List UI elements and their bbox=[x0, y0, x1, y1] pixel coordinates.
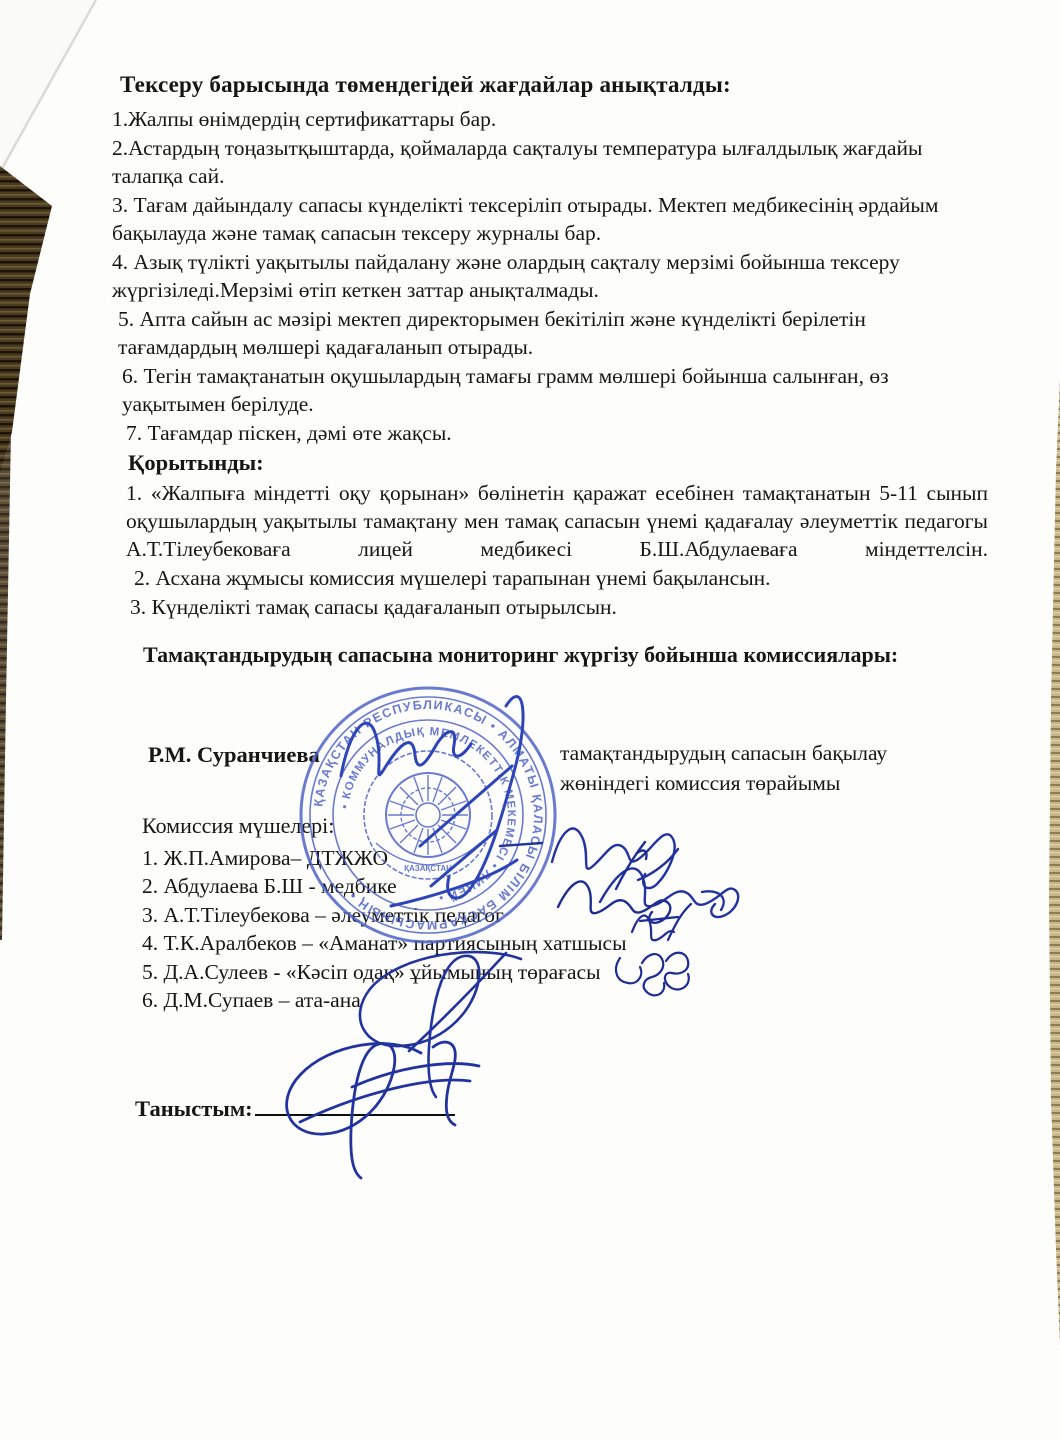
conclusion-item: 2. Асхана жұмысы комиссия мүшелері тарап… bbox=[126, 564, 988, 592]
chair-role-line: жөніндегі комиссия төрайымы bbox=[560, 768, 900, 798]
page-corner-fold bbox=[0, 0, 96, 172]
signature-member-4 bbox=[632, 904, 691, 940]
conclusion-section: Қорытынды: 1. «Жалпыға міндетті оқу қоры… bbox=[126, 450, 988, 622]
member-item: 4. Т.К.Аралбеков – «Аманат» партиясының … bbox=[142, 929, 627, 958]
member-item: 3. А.Т.Тілеубекова – әлеуметтік педагог bbox=[142, 901, 627, 930]
finding-item: 2.Астардың тоңазытқыштарда, қоймаларда с… bbox=[112, 134, 990, 190]
conclusion-item: 1. «Жалпыға міндетті оқу қорынан» бөліне… bbox=[126, 479, 988, 563]
member-item: 6. Д.М.Супаев – ата-ана bbox=[142, 986, 627, 1015]
acknowledged-row: Таныстым: bbox=[135, 1094, 455, 1122]
member-item: 1. Ж.П.Амирова– ДТЖЖО bbox=[142, 844, 627, 873]
scanned-document-page: Тексеру барысында төмендегідей жағдайлар… bbox=[0, 0, 1060, 1441]
chair-role-line: тамақтандырудың сапасын бақылау bbox=[560, 738, 900, 768]
chairperson-role: тамақтандырудың сапасын бақылау жөніндег… bbox=[560, 738, 900, 798]
finding-item: 3. Тағам дайындалу сапасы күнделікті тек… bbox=[112, 191, 990, 247]
member-item: 2. Абдулаева Б.Ш - медбике bbox=[142, 872, 627, 901]
member-item: 5. Д.А.Сулеев - «Кәсіп одақ» ұйымының тө… bbox=[142, 958, 627, 987]
finding-item: 6. Тегін тамақтанатын оқушылардың тамағы… bbox=[112, 362, 990, 418]
signature-line bbox=[255, 1094, 455, 1116]
signature-member-5 bbox=[616, 953, 689, 996]
members-title: Комиссия мүшелері: bbox=[142, 812, 627, 841]
conclusion-title: Қорытынды: bbox=[128, 450, 988, 476]
findings-list: 1.Жалпы өнімдердің сертификаттары бар. 2… bbox=[112, 104, 990, 448]
conclusion-item: 3. Күнделікті тамақ сапасы қадағаланып о… bbox=[126, 593, 988, 621]
commission-members: Комиссия мүшелері: 1. Ж.П.Амирова– ДТЖЖО… bbox=[142, 812, 627, 1015]
commission-heading: Тамақтандырудың сапасына мониторинг жүрг… bbox=[143, 642, 1003, 668]
document-title: Тексеру барысында төмендегідей жағдайлар… bbox=[120, 72, 1000, 98]
table-wood-right bbox=[1049, 378, 1060, 1345]
acknowledged-label: Таныстым: bbox=[135, 1096, 253, 1121]
chairperson-name: Р.М. Суранчиева bbox=[148, 742, 320, 768]
finding-item: 5. Апта сайын ас мәзірі мектеп директоры… bbox=[112, 305, 990, 361]
finding-item: 4. Азық түлікті уақытылы пайдалану және … bbox=[112, 248, 990, 304]
finding-item: 7. Тағамдар піскен, дәмі өте жақсы. bbox=[112, 419, 990, 447]
finding-item: 1.Жалпы өнімдердің сертификаттары бар. bbox=[112, 105, 990, 133]
table-wood-left bbox=[0, 166, 52, 472]
table-wood-left-strip bbox=[0, 430, 11, 940]
